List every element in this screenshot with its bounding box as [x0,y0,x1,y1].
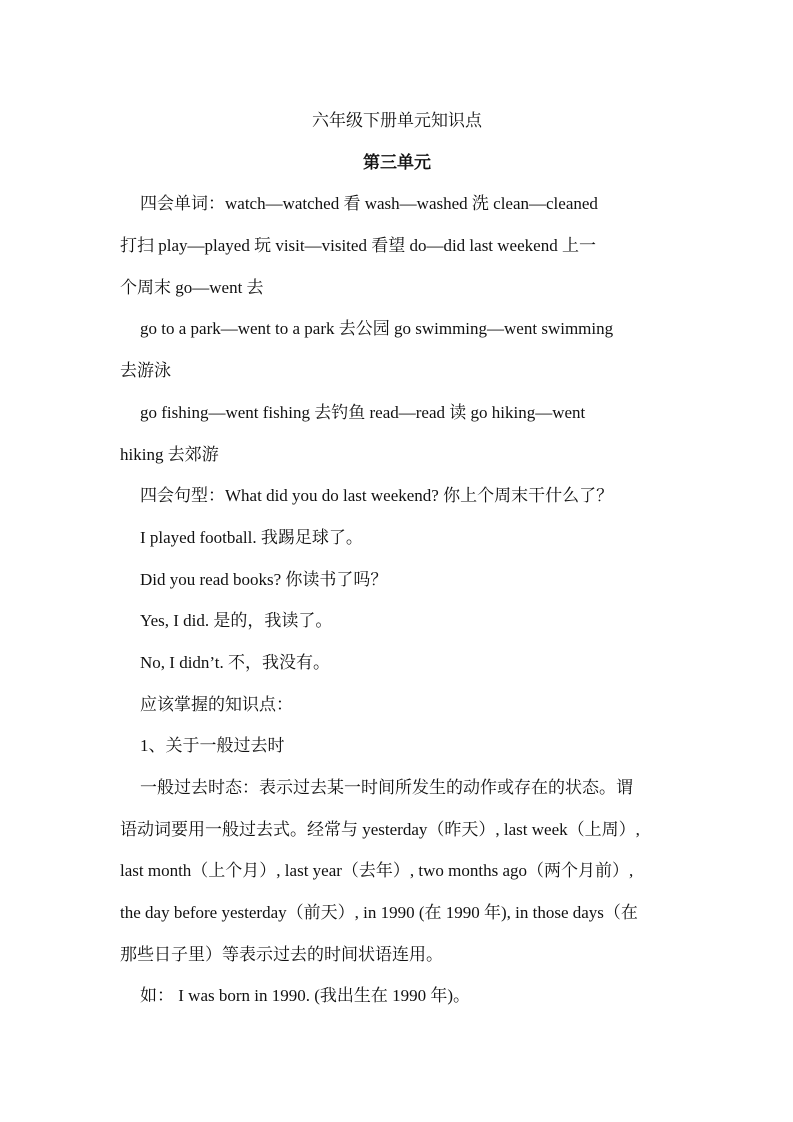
text-line: 那些日子里）等表示过去的时间状语连用。 [120,934,674,976]
text-line: 语动词要用一般过去式。经常与 yesterday（昨天）, last week（… [120,809,674,851]
text-line: 如： I was born in 1990. (我出生在 1990 年)。 [120,975,674,1017]
text-line: 四会单词：watch—watched 看 wash—washed 洗 clean… [120,183,674,225]
text-line: last month（上个月）, last year（去年）, two mont… [120,850,674,892]
text-line: No, I didn’t. 不，我没有。 [120,642,674,684]
document-page: 六年级下册单元知识点 第三单元 四会单词：watch—watched 看 was… [120,100,674,1017]
text-line: 1、关于一般过去时 [120,725,674,767]
text-line: 一般过去时态：表示过去某一时间所发生的动作或存在的状态。谓 [120,767,674,809]
text-line: go to a park—went to a park 去公园 go swimm… [120,308,674,350]
text-line: go fishing—went fishing 去钓鱼 read—read 读 … [120,392,674,434]
text-line: 四会句型：What did you do last weekend? 你上个周末… [120,475,674,517]
document-body: 四会单词：watch—watched 看 wash—washed 洗 clean… [120,183,674,1017]
text-line: 个周末 go—went 去 [120,267,674,309]
text-line: the day before yesterday（前天）, in 1990 (在… [120,892,674,934]
unit-heading: 第三单元 [120,142,674,184]
text-line: 打扫 play—played 玩 visit—visited 看望 do—did… [120,225,674,267]
text-line: I played football. 我踢足球了。 [120,517,674,559]
text-line: hiking 去郊游 [120,434,674,476]
text-line: Yes, I did. 是的，我读了。 [120,600,674,642]
document-title: 六年级下册单元知识点 [120,100,674,142]
text-line: 去游泳 [120,350,674,392]
text-line: Did you read books? 你读书了吗？ [120,559,674,601]
text-line: 应该掌握的知识点： [120,684,674,726]
